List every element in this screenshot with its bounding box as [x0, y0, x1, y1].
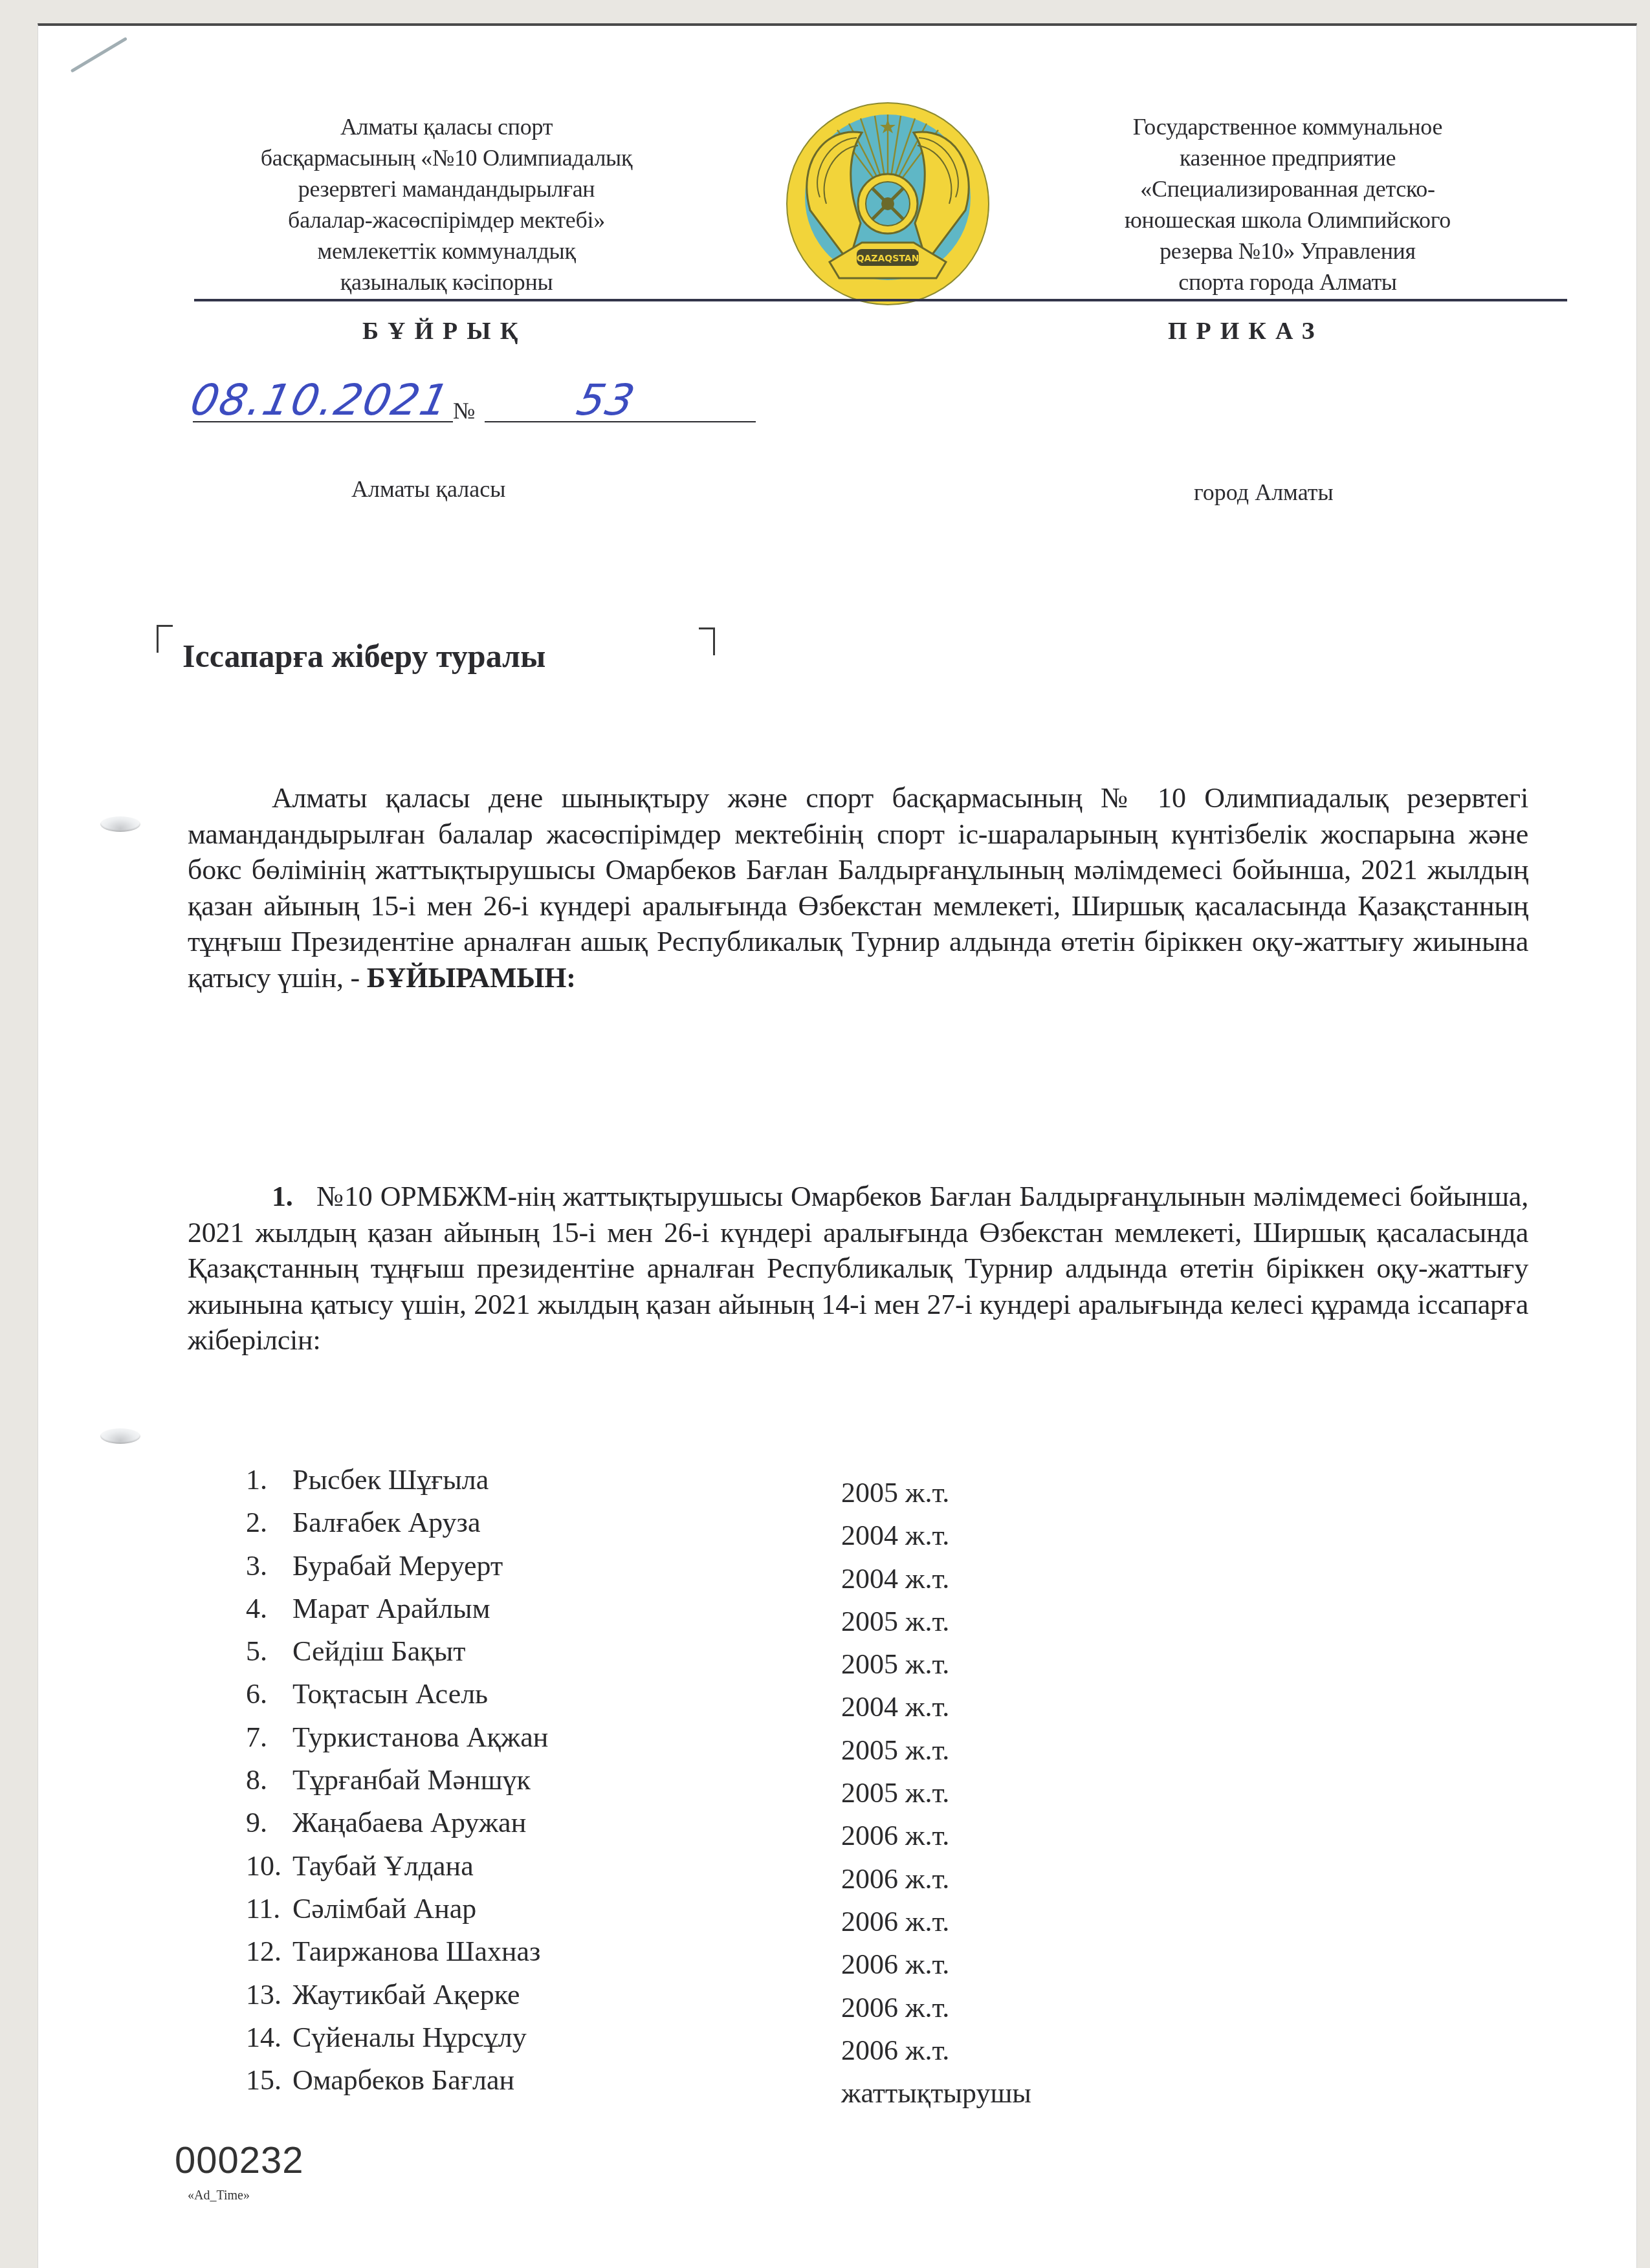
participant-name: Таиржанова Шахназ — [292, 1935, 540, 1968]
list-item: 9.Жаңабаева Аружан2006 ж.т. — [246, 1806, 1152, 1849]
participant-name: Рысбек Шұғыла — [292, 1463, 489, 1496]
participant-name: Омарбеков Бағлан — [292, 2064, 514, 2097]
participant-year: 2006 ж.т. — [841, 1862, 949, 1895]
document-number: 000232 — [175, 2139, 304, 2182]
svg-text:QAZAQSTAN: QAZAQSTAN — [857, 254, 919, 264]
preamble-paragraph: Алматы қаласы дене шынықтыру және спорт … — [188, 780, 1528, 996]
org-name-kz-line: резервтегі мамандандырылған — [214, 173, 679, 204]
org-name-kz-line: Алматы қаласы спорт — [214, 111, 679, 142]
org-name-ru-line: Государственное коммунальное — [1055, 111, 1521, 142]
org-name-kz-line: қазыналық кәсіпорны — [214, 267, 679, 298]
participant-name: Жаутикбай Ақерке — [292, 1978, 520, 2011]
number-underline — [485, 421, 756, 422]
org-name-ru-line: резерва №10» Управления — [1055, 235, 1521, 267]
list-item-number: 15. — [246, 2064, 281, 2097]
list-item: 4.Марат Арайлым2005 ж.т. — [246, 1592, 1152, 1635]
org-name-ru: Государственное коммунальное казенное пр… — [1055, 111, 1521, 298]
org-name-ru-line: юношеская школа Олимпийского — [1055, 204, 1521, 235]
list-item-number: 1. — [246, 1463, 267, 1496]
item-number: 1. — [272, 1181, 293, 1212]
order-date: 08.10.2021 — [186, 375, 454, 425]
punch-hole-top — [100, 816, 140, 832]
participant-year: 2005 ж.т. — [841, 1734, 949, 1767]
list-item: 10.Таубай Ұлдана2006 ж.т. — [246, 1849, 1152, 1892]
title-corner-left — [157, 625, 173, 653]
org-name-kz-line: балалар-жасөспірімдер мектебі» — [214, 204, 679, 235]
list-item-number: 4. — [246, 1592, 267, 1625]
header-divider — [194, 299, 1567, 301]
number-sign: № — [453, 397, 475, 424]
participant-name: Таубай Ұлдана — [292, 1849, 474, 1882]
date-underline — [193, 421, 453, 422]
participant-name: Туркистанова Ақжан — [292, 1721, 548, 1754]
list-item: 8.Тұрғанбай Мәншүк2005 ж.т. — [246, 1763, 1152, 1806]
order-item-1: 1. №10 ОРМБЖМ-нің жаттықтырушысы Омарбек… — [188, 1179, 1528, 1358]
list-item-number: 12. — [246, 1935, 281, 1968]
list-item: 1.Рысбек Шұғыла2005 ж.т. — [246, 1463, 1152, 1506]
order-number: 53 — [573, 375, 640, 425]
list-item-number: 10. — [246, 1849, 281, 1882]
participant-year: 2006 ж.т. — [841, 1991, 949, 2024]
list-item: 11.Сәлімбай Анар2006 ж.т. — [246, 1892, 1152, 1935]
org-name-ru-line: «Специализированная детско- — [1055, 173, 1521, 204]
participant-name: Сүйеналы Нұрсұлу — [292, 2021, 527, 2054]
order-label-kz: БҰЙРЫҚ — [362, 317, 527, 345]
list-item: 2.Балғабек Аруза2004 ж.т. — [246, 1506, 1152, 1549]
participant-name: Жаңабаева Аружан — [292, 1806, 526, 1839]
list-item-number: 11. — [246, 1892, 280, 1925]
participant-year: 2005 ж.т. — [841, 1648, 949, 1681]
list-item: 3.Бурабай Меруерт2004 ж.т. — [246, 1549, 1152, 1592]
order-label-ru: ПРИКАЗ — [1168, 317, 1323, 345]
participants-list: 1.Рысбек Шұғыла2005 ж.т.2.Балғабек Аруза… — [246, 1463, 1152, 2106]
kazakhstan-emblem-icon: QAZAQSTAN — [784, 100, 991, 307]
participant-year: 2004 ж.т. — [841, 1519, 949, 1552]
participant-name: Балғабек Аруза — [292, 1506, 481, 1539]
participant-year: 2004 ж.т. — [841, 1690, 949, 1723]
participant-year: 2005 ж.т. — [841, 1605, 949, 1638]
order-directive: БҰЙЫРАМЫН: — [367, 962, 576, 994]
participant-year: 2006 ж.т. — [841, 1819, 949, 1852]
city-ru: город Алматы — [1194, 479, 1334, 506]
participant-year: 2006 ж.т. — [841, 1905, 949, 1938]
list-item: 6.Тоқтасын Асель2004 ж.т. — [246, 1677, 1152, 1720]
city-kz: Алматы қаласы — [351, 475, 505, 503]
list-item: 14.Сүйеналы Нұрсұлу2006 ж.т. — [246, 2021, 1152, 2064]
list-item-number: 8. — [246, 1763, 267, 1796]
participant-name: Бурабай Меруерт — [292, 1549, 503, 1582]
participant-name: Тоқтасын Асель — [292, 1677, 488, 1710]
participant-name: Тұрғанбай Мәншүк — [292, 1763, 531, 1796]
list-item-number: 13. — [246, 1978, 281, 2011]
participant-name: Марат Арайлым — [292, 1592, 490, 1625]
org-name-kz-line: мемлекеттік коммуналдық — [214, 235, 679, 267]
list-item: 12.Таиржанова Шахназ2006 ж.т. — [246, 1935, 1152, 1978]
org-name-ru-line: спорта города Алматы — [1055, 267, 1521, 298]
participant-year: 2006 ж.т. — [841, 1948, 949, 1981]
participant-year: 2004 ж.т. — [841, 1562, 949, 1595]
list-item: 13.Жаутикбай Ақерке2006 ж.т. — [246, 1978, 1152, 2021]
org-name-ru-line: казенное предприятие — [1055, 142, 1521, 173]
list-item-number: 5. — [246, 1635, 267, 1668]
participant-name: Сейдіш Бақыт — [292, 1635, 465, 1668]
org-name-kz: Алматы қаласы спорт басқармасының «№10 О… — [214, 111, 679, 298]
list-item-number: 7. — [246, 1721, 267, 1754]
list-item-number: 3. — [246, 1549, 267, 1582]
participant-name: Сәлімбай Анар — [292, 1892, 476, 1925]
participant-year: жаттықтырушы — [841, 2077, 1031, 2110]
list-item: 15.Омарбеков Бағланжаттықтырушы — [246, 2064, 1152, 2106]
participant-year: 2006 ж.т. — [841, 2034, 949, 2067]
list-item: 5.Сейдіш Бақыт2005 ж.т. — [246, 1635, 1152, 1677]
list-item-number: 14. — [246, 2021, 281, 2054]
order-title: Іссапарға жіберу туралы — [182, 637, 545, 675]
punch-hole-bottom — [100, 1428, 140, 1444]
list-item-number: 6. — [246, 1677, 267, 1710]
participant-year: 2005 ж.т. — [841, 1476, 949, 1509]
list-item: 7.Туркистанова Ақжан2005 ж.т. — [246, 1721, 1152, 1763]
item-text: №10 ОРМБЖМ-нің жаттықтырушысы Омарбеков … — [188, 1181, 1528, 1356]
template-tag: «Ad_Time» — [188, 2188, 250, 2203]
list-item-number: 9. — [246, 1806, 267, 1839]
list-item-number: 2. — [246, 1506, 267, 1539]
org-name-kz-line: басқармасының «№10 Олимпиадалық — [214, 142, 679, 173]
title-corner-right — [699, 627, 715, 655]
participant-year: 2005 ж.т. — [841, 1776, 949, 1809]
